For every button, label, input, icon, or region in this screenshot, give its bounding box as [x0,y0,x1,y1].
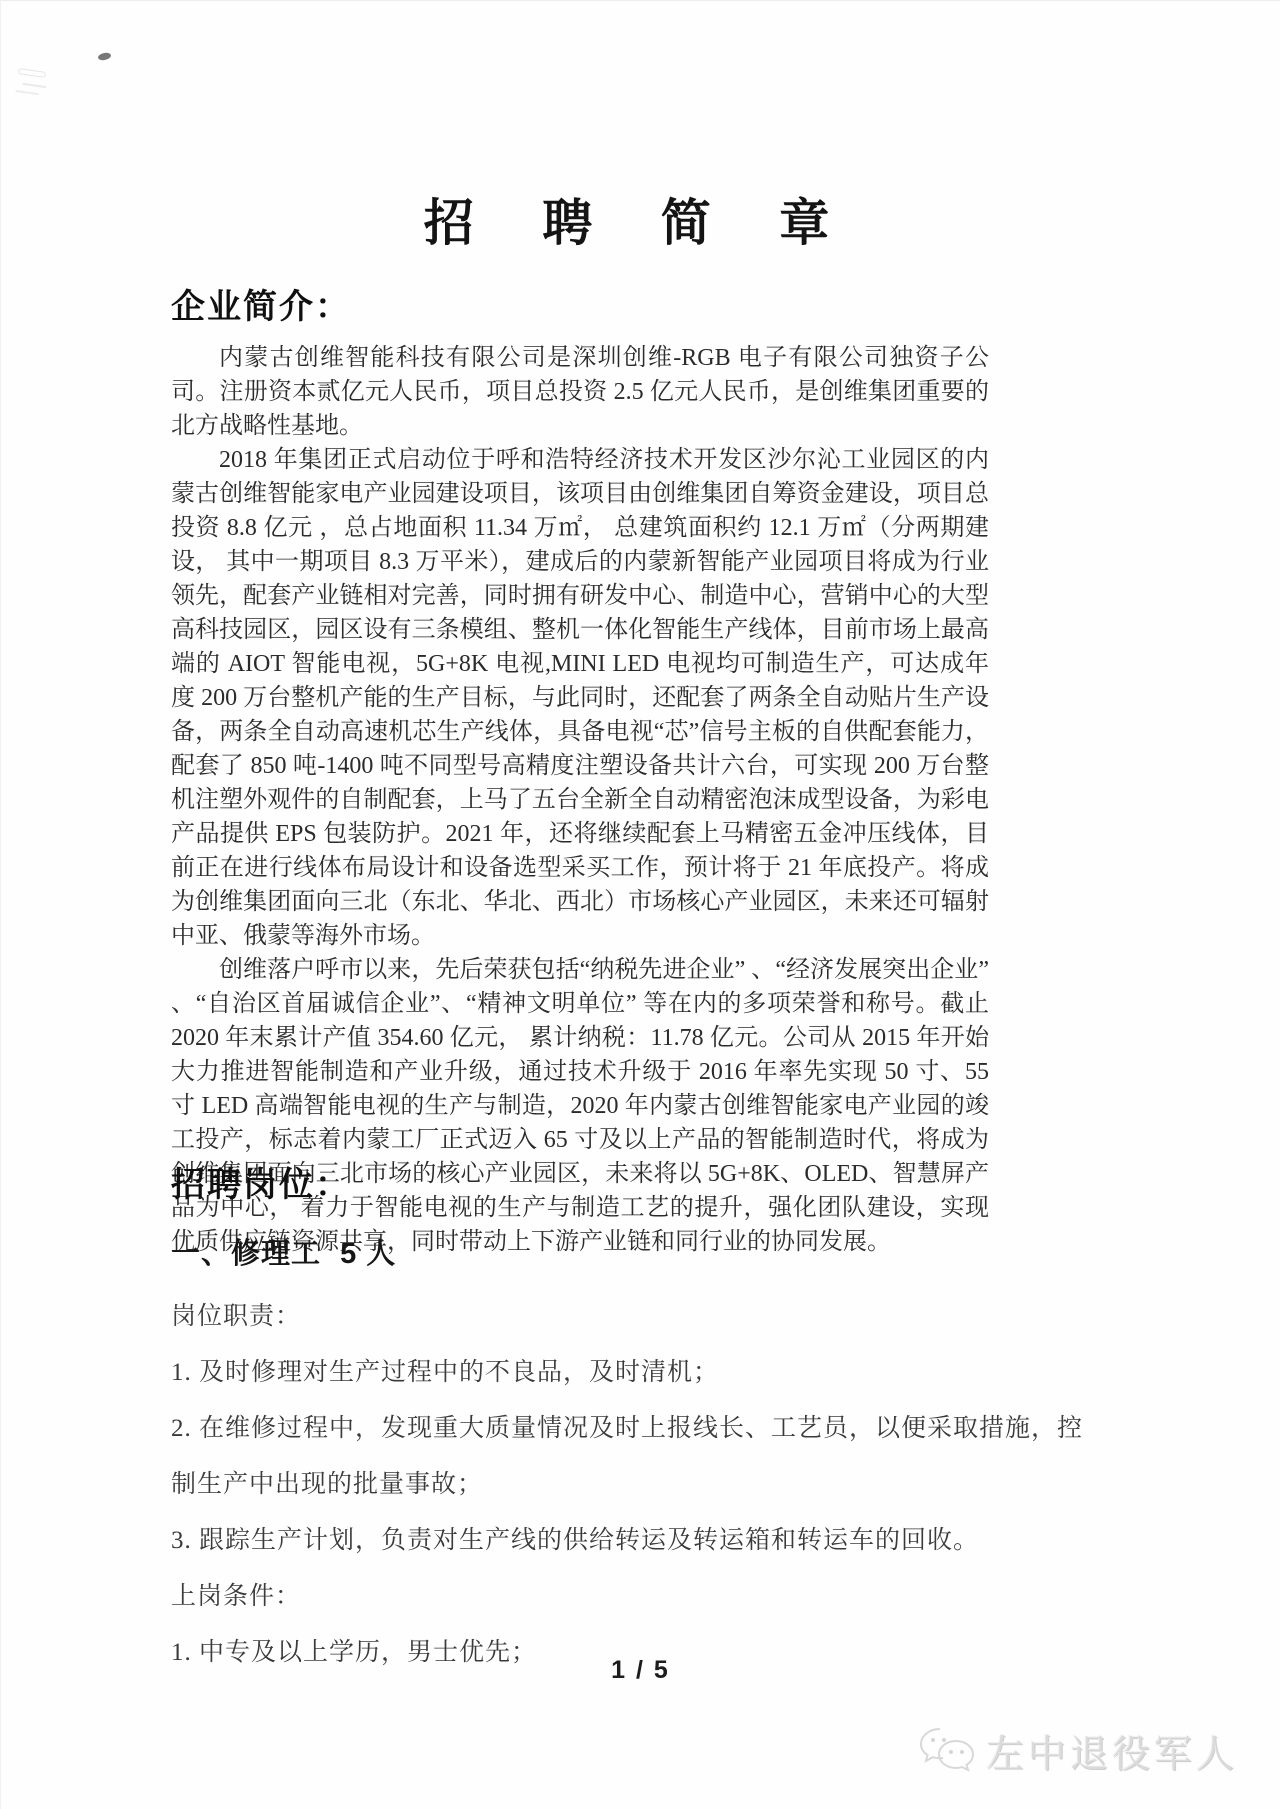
job-position-count: 5 人 [340,1238,396,1270]
recruitment-heading: 招聘岗位： [171,1157,351,1206]
job-duty-item-cont: 制生产中出现的批量事故； [171,1457,1001,1513]
intro-paragraph: 2018 年集团正式启动位于呼和浩特经济技术开发区沙尔沁工业园区的内蒙古创维智能… [171,443,989,953]
wechat-icon [918,1725,976,1777]
job-duty-item: 2. 在维修过程中，发现重大质量情况及时上报线长、工艺员，以便采取措施，控 [171,1401,1001,1457]
job-duties-label: 岗位职责： [171,1289,1001,1345]
intro-paragraph: 内蒙古创维智能科技有限公司是深圳创维-RGB 电子有限公司独资子公司。注册资本贰… [171,341,989,443]
job-requirements-label: 上岗条件： [171,1569,1001,1625]
job-position-name: 一、修理工 [171,1238,321,1270]
job-duty-item: 3. 跟踪生产计划，负责对生产线的供给转运及转运箱和转运车的回收。 [171,1513,1001,1569]
watermark: 左中退役军人 [918,1723,1238,1778]
intro-paragraph: 创维落户呼市以来，先后荣获包括“纳税先进企业” 、“经济发展突出企业” 、“自治… [171,953,989,1259]
page-number: 1 / 5 [1,1656,1280,1685]
document-page: 招 聘 简 章 企业简介： 内蒙古创维智能科技有限公司是深圳创维-RGB 电子有… [0,0,1280,1809]
page-title: 招 聘 简 章 [1,183,1280,255]
job-description-list: 岗位职责： 1. 及时修理对生产过程中的不良品，及时清机； 2. 在维修过程中，… [171,1289,1001,1681]
scan-smudge-icon [19,69,45,77]
job-position-title: 一、修理工 5 人 [171,1231,396,1272]
job-duty-item: 1. 及时修理对生产过程中的不良品，及时清机； [171,1345,1001,1401]
company-intro-heading: 企业简介： [171,279,351,328]
company-intro-body: 内蒙古创维智能科技有限公司是深圳创维-RGB 电子有限公司独资子公司。注册资本贰… [171,341,989,1259]
scan-smudge-icon [97,52,111,62]
watermark-text: 左中退役军人 [986,1723,1238,1778]
